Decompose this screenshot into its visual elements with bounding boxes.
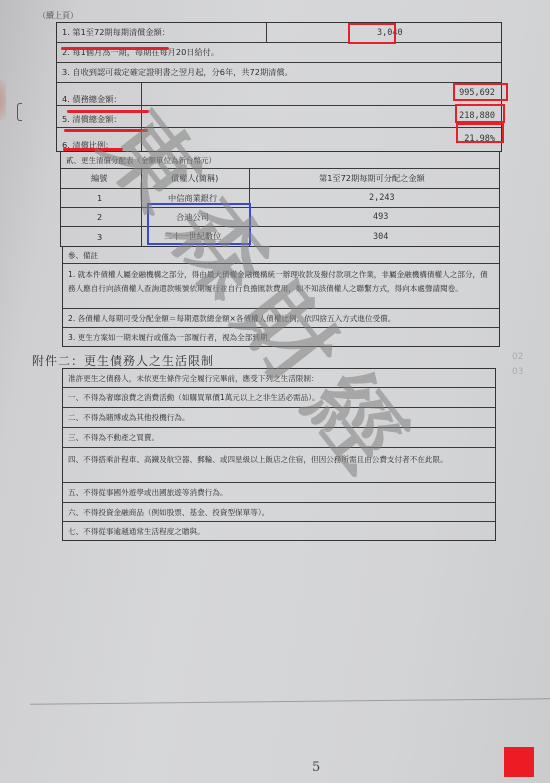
- header-number: 編號: [91, 173, 107, 184]
- note-1-text: 1. 就本件債權人屬金融機構之部分，得由最大債權金融機構統一辦理收款及撥付款項之…: [68, 268, 493, 296]
- restriction-text: 三、不得為不動產之買賣。: [68, 432, 159, 443]
- label-total-debt: 4. 債務總金額：: [62, 94, 122, 105]
- header-creditor: 債權人(簡稱): [171, 173, 218, 184]
- header-amount: 第1至72期每期可分配之金額: [319, 173, 425, 184]
- paper-fold-line: [30, 698, 550, 704]
- red-square-marker: [504, 747, 534, 777]
- restriction-item: 六、不得投資金融商品（例如股票、基金、投資型保單等）。: [63, 503, 495, 522]
- table-row: 2 合迪公司 493: [61, 208, 499, 227]
- notes-title: 參、備註: [63, 247, 499, 264]
- row-repayment-term: 3. 自收到認可裁定確定證明書之翌月起，分6年，共72期清償。: [57, 63, 501, 83]
- note-2-text: 2. 各債權人每期可受分配金額＝每期還款總金額×各債權人債權比例，依四捨五入方式…: [68, 313, 395, 324]
- notes-title-text: 參、備註: [68, 250, 98, 261]
- row-number: 3: [97, 232, 102, 242]
- attachment-title: 附件二：更生債務人之生活限制: [32, 352, 214, 369]
- underline-installment: [61, 47, 169, 50]
- restriction-item: 四、不得搭乘計程車、高鐵及航空器、郵輪、或四星級以上飯店之住宿，但因公務所需且由…: [63, 448, 495, 483]
- note-1: 1. 就本件債權人屬金融機構之部分，得由最大債權金融機構統一辦理收款及撥付款項之…: [63, 264, 499, 309]
- restrictions-intro: 准許更生之債務人，未依更生條件完全履行完畢前，應受下列之生活限制：: [63, 369, 495, 388]
- creditor-amount: 304: [373, 232, 388, 242]
- distribution-title-text: 貳、更生清償分配表（金額單位為新台幣元）: [66, 155, 216, 166]
- repayment-summary-table: 1. 第1至72期每期清償金額： 3,040 2. 每1個月為一期，每期在每月2…: [56, 22, 502, 152]
- creditor-amount: 2,243: [369, 193, 395, 203]
- label-total-repayment: 5. 清償總金額：: [62, 114, 122, 125]
- table-row: 1 中信商業銀行 2,243: [61, 189, 499, 208]
- margin-mark: 02: [512, 352, 523, 362]
- restriction-item: 二、不得為賭博或為其他投機行為。: [63, 408, 495, 428]
- page-number: 5: [312, 760, 320, 775]
- restriction-text: 四、不得搭乘計程車、高鐵及航空器、郵輪、或四星級以上飯店之住宿，但因公務所需且由…: [68, 453, 448, 467]
- underline-repayment-ratio: [63, 148, 123, 151]
- restrictions-intro-text: 准許更生之債務人，未依更生條件完全履行完畢前，應受下列之生活限制：: [68, 373, 319, 384]
- finger-shadow: [0, 80, 6, 120]
- label-repayment-term: 3. 自收到認可裁定確定證明書之翌月起，分6年，共72期清償。: [62, 67, 293, 78]
- highlight-total-debt: [453, 83, 508, 101]
- row-payment-period: 2. 每1個月為一期，每期在每月20日給付。: [57, 43, 501, 63]
- creditor-name: 中信商業銀行: [168, 193, 217, 204]
- restriction-text: 二、不得為賭博或為其他投機行為。: [68, 412, 190, 423]
- label-installment-amount: 1. 第1至72期每期清償金額：: [62, 27, 170, 38]
- row-number: 2: [97, 212, 102, 222]
- restriction-text: 一、不得為奢靡浪費之消費活動（如購買單價1萬元以上之非生活必需品）。: [68, 392, 320, 403]
- row-number: 1: [97, 193, 102, 203]
- highlight-total-repayment: [455, 104, 505, 123]
- note-3-text: 3. 更生方案如一期未履行或僅為一部履行者，視為全部到期。: [68, 332, 275, 343]
- underline-total-repayment: [64, 129, 148, 132]
- restriction-text: 五、不得從事國外遊學或出國旅遊等消費行為。: [68, 487, 227, 498]
- notes-table: 參、備註 1. 就本件債權人屬金融機構之部分，得由最大債權金融機構統一辦理收款及…: [62, 247, 500, 347]
- note-2: 2. 各債權人每期可受分配金額＝每期還款總金額×各債權人債權比例，依四捨五入方式…: [63, 309, 499, 328]
- binder-clip-mark: [17, 103, 22, 121]
- restriction-item: 三、不得為不動產之買賣。: [63, 428, 495, 448]
- table-row: 3 二十一世紀數位 304: [61, 227, 499, 246]
- restriction-item: 七、不得從事逾越通常生活程度之贈與。: [63, 522, 495, 541]
- document-page: （續上頁） 1. 第1至72期每期清償金額： 3,040 2. 每1個月為一期，…: [0, 0, 550, 783]
- restriction-text: 六、不得投資金融商品（例如股票、基金、投資型保單等）。: [68, 507, 269, 518]
- highlight-creditors: [147, 203, 251, 245]
- row-total-debt: 4. 債務總金額： 995,692: [57, 83, 501, 106]
- margin-mark: 03: [512, 367, 523, 377]
- restriction-item: 五、不得從事國外遊學或出國旅遊等消費行為。: [63, 483, 495, 503]
- distribution-table: 貳、更生清償分配表（金額單位為新台幣元） 編號 債權人(簡稱) 第1至72期每期…: [60, 152, 500, 247]
- continuation-label: （續上頁）: [38, 10, 78, 21]
- highlight-installment-amount: [348, 23, 396, 44]
- restriction-item: 一、不得為奢靡浪費之消費活動（如購買單價1萬元以上之非生活必需品）。: [63, 388, 495, 408]
- distribution-header-row: 編號 債權人(簡稱) 第1至72期每期可分配之金額: [61, 169, 499, 189]
- row-installment-amount: 1. 第1至72期每期清償金額： 3,040: [57, 23, 501, 43]
- underline-total-debt: [67, 110, 149, 113]
- living-restrictions-table: 准許更生之債務人，未依更生條件完全履行完畢前，應受下列之生活限制： 一、不得為奢…: [62, 368, 496, 541]
- note-3: 3. 更生方案如一期未履行或僅為一部履行者，視為全部到期。: [63, 328, 499, 347]
- creditor-amount: 493: [373, 212, 388, 222]
- highlight-repayment-ratio: [456, 123, 504, 143]
- restriction-text: 七、不得從事逾越通常生活程度之贈與。: [68, 526, 205, 537]
- distribution-title: 貳、更生清償分配表（金額單位為新台幣元）: [61, 152, 499, 169]
